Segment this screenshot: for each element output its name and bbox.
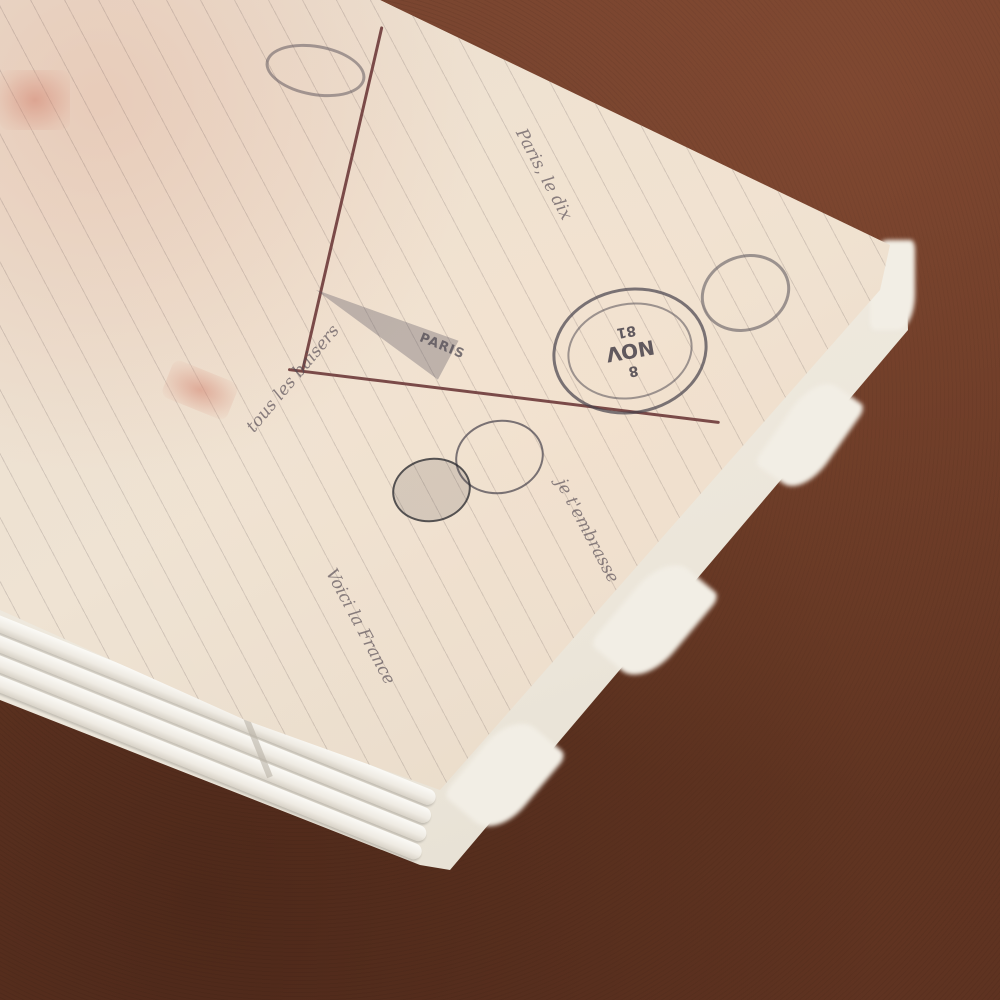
pink-stamp bbox=[0, 70, 70, 130]
notebook: PARIS 81 NOV 8 Paris, le dix tous les ba… bbox=[0, 0, 1000, 1000]
cover-script-texture bbox=[0, 0, 1000, 1000]
